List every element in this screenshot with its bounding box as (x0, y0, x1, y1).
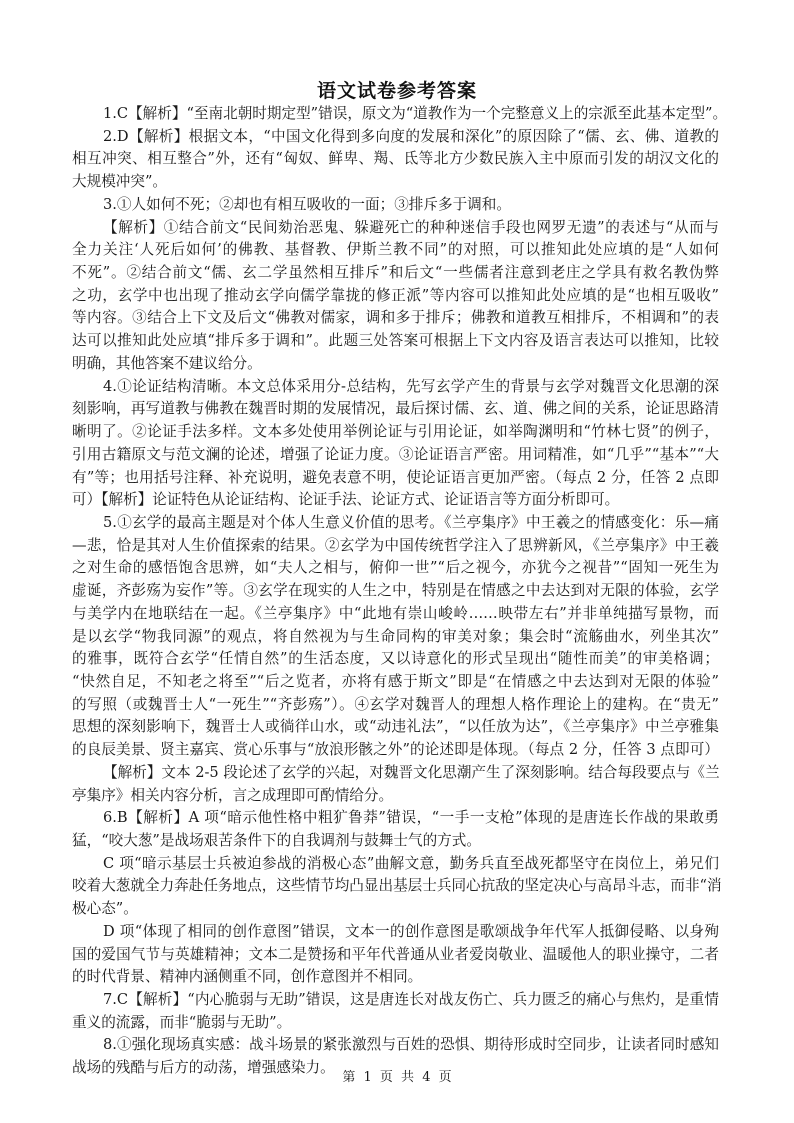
text-line: 达可以推知此处应填“排斥多于调和”。此题三处答案可根据上下文内容及语言表达可以推… (72, 330, 719, 353)
text-line: 重义的流露，而非“脆弱与无助”。 (72, 1012, 719, 1035)
text-line: 虚诞，齐彭殇为妄作”等。③玄学在现实的人生之中，特别是在情感之中去达到对无限的体… (72, 580, 719, 603)
text-line: D 项“体现了相同的创作意图”错误，文本一的创作意图是歌颂战争年代军人抵御侵略、… (72, 921, 719, 944)
text-line: 2.D【解析】根据文本，“中国文化得到多向度的发展和深化”的原因除了“儒、玄、佛… (72, 126, 719, 149)
text-line: 有”等；也用括号注释、补充说明，避免表意不明，使论证语言更加严密。（每点 2 分… (72, 467, 719, 490)
text-line: 是以玄学“物我同源”的观点，将自然视为与生命同构的审美对象；集会时“流觞曲水，列… (72, 626, 719, 649)
text-line: 不死”。②结合前文“儒、玄二学虽然相互排斥”和后文“一些儒者注意到老庄之学具有救… (72, 262, 719, 285)
answer-q4: 4.①论证结构清晰。本文总体采用分-总结构，先写玄学产生的背景与玄学对魏晋文化思… (72, 376, 719, 512)
text-line: 大规模冲突”。 (72, 171, 719, 194)
answer-q5-analysis: 【解析】文本 2-5 段论述了玄学的兴起，对魏晋文化思潮产生了深刻影响。结合每段… (72, 762, 719, 807)
text-line: 与美学内在地联结在一起。《兰亭集序》中“此地有崇山峻岭……映带左右”并非单纯描写… (72, 603, 719, 626)
text-line: —悲，恰是其对人生价值探索的结果。②玄学为中国传统哲学注入了思辨新风，《兰亭集序… (72, 535, 719, 558)
answer-q6-option-c: C 项“暗示基层士兵被迫参战的消极心态”曲解文意，勤务兵直至战死都坚守在岗位上，… (72, 853, 719, 921)
text-line: 亭集序》相关内容分析，言之成理即可酌情给分。 (72, 785, 719, 808)
text-line: 猛，“咬大葱”是战场艰苦条件下的自我调剂与鼓舞士气的方式。 (72, 830, 719, 853)
text-line: 刻影响，再写道教与佛教在魏晋时期的发展情况，最后探讨儒、玄、道、佛之间的关系，论… (72, 398, 719, 421)
text-line: 的良辰美景、贤主嘉宾、赏心乐事与“放浪形骸之外”的论述即是体现。（每点 2 分，… (72, 739, 719, 762)
text-line: 1.C【解析】“至南北朝时期定型”错误，原文为“道教作为一个完整意义上的宗派至此… (72, 103, 719, 126)
text-line: “快然自足，不知老之将至”“后之览者，亦将有感于斯文”即是“在情感之中去达到对无… (72, 671, 719, 694)
text-line: 3.①人如何不死；②却也有相互吸收的一面；③排斥多于调和。 (72, 194, 719, 217)
text-line: 晰明了。②论证手法多样。文本多处使用举例论证与引用论证，如举陶渊明和“竹林七贤”… (72, 421, 719, 444)
answer-key-body: 1.C【解析】“至南北朝时期定型”错误，原文为“道教作为一个完整意义上的宗派至此… (72, 103, 719, 1080)
text-line: 全力关注‘人死后如何’的佛教、基督教、伊斯兰教不同”的对照，可以推知此处应填的是… (72, 239, 719, 262)
answer-q1: 1.C【解析】“至南北朝时期定型”错误，原文为“道教作为一个完整意义上的宗派至此… (72, 103, 719, 126)
answer-q6: 6.B【解析】A 项“暗示他性格中粗犷鲁莽”错误，“一手一支枪”体现的是唐连长作… (72, 807, 719, 852)
text-line: 8.①强化现场真实感：战斗场景的紧张激烈与百姓的恐惧、期待形成时空同步，让读者同… (72, 1034, 719, 1057)
text-line: C 项“暗示基层士兵被迫参战的消极心态”曲解文意，勤务兵直至战死都坚守在岗位上，… (72, 853, 719, 876)
page-footer: 第 1 页 共 4 页 (0, 1069, 794, 1087)
text-line: 国的爱国气节与英雄精神；文本二是赞扬和平年代普通从业者爱岗敬业、温暖他人的职业操… (72, 944, 719, 967)
text-line: 的时代背景、精神内涵侧重不同，创作意图并不相同。 (72, 966, 719, 989)
text-line: 的雅事，既符合玄学“任情自然”的生活态度，又以诗意化的形式呈现出“随性而美”的审… (72, 648, 719, 671)
text-line: 7.C【解析】“内心脆弱与无助”错误，这是唐连长对战友伤亡、兵力匮乏的痛心与焦灼… (72, 989, 719, 1012)
answer-q7: 7.C【解析】“内心脆弱与无助”错误，这是唐连长对战友伤亡、兵力匮乏的痛心与焦灼… (72, 989, 719, 1034)
page-title: 语文试卷参考答案 (0, 79, 794, 103)
text-line: 4.①论证结构清晰。本文总体采用分-总结构，先写玄学产生的背景与玄学对魏晋文化思… (72, 376, 719, 399)
text-line: 6.B【解析】A 项“暗示他性格中粗犷鲁莽”错误，“一手一支枪”体现的是唐连长作… (72, 807, 719, 830)
text-line: 相互冲突、相互整合”外，还有“匈奴、鲜卑、羯、氐等北方少数民族入主中原而引发的胡… (72, 148, 719, 171)
text-line: 可）【解析】论证特色从论证结构、论证手法、论证方式、论证语言等方面分析即可。 (72, 489, 719, 512)
text-line: 5.①玄学的最高主题是对个体人生意义价值的思考。《兰亭集序》中王羲之的情感变化：… (72, 512, 719, 535)
text-line: 明确，其他答案不建议给分。 (72, 353, 719, 376)
answer-q2: 2.D【解析】根据文本，“中国文化得到多向度的发展和深化”的原因除了“儒、玄、佛… (72, 126, 719, 194)
answer-q3-analysis: 【解析】①结合前文“民间劾治恶鬼、躲避死亡的种种迷信手段也网罗无遗”的表述与“从… (72, 217, 719, 376)
answer-q6-option-d: D 项“体现了相同的创作意图”错误，文本一的创作意图是歌颂战争年代军人抵御侵略、… (72, 921, 719, 989)
text-line: 【解析】文本 2-5 段论述了玄学的兴起，对魏晋文化思潮产生了深刻影响。结合每段… (72, 762, 719, 785)
text-line: 等内容。③结合上下文及后文“佛教对儒家，调和多于排斥；佛教和道教互相排斥，不相调… (72, 307, 719, 330)
answer-q3: 3.①人如何不死；②却也有相互吸收的一面；③排斥多于调和。 (72, 194, 719, 217)
answer-q5: 5.①玄学的最高主题是对个体人生意义价值的思考。《兰亭集序》中王羲之的情感变化：… (72, 512, 719, 762)
text-line: 极心态”。 (72, 898, 719, 921)
text-line: 的写照（或魏晋士人“一死生”“齐彭殇”）。④玄学对魏晋人的理想人格作理论上的建构… (72, 694, 719, 717)
text-line: 思想的深刻影响下，魏晋士人或徜徉山水，或“动违礼法”，“以任放为达”，《兰亭集序… (72, 716, 719, 739)
text-line: 之功，玄学中也出现了推动玄学向儒学靠拢的修正派”等内容可以推知此处应填的是“也相… (72, 285, 719, 308)
document-page: 语文试卷参考答案 1.C【解析】“至南北朝时期定型”错误，原文为“道教作为一个完… (0, 0, 794, 1123)
text-line: 之对生命的感悟饱含思辨，如“夫人之相与，俯仰一世”“后之视今，亦犹今之视昔”“固… (72, 557, 719, 580)
text-line: 咬着大葱就全力奔赴任务地点，这些情节均凸显出基层士兵同心抗敌的坚定决心与高昂斗志… (72, 875, 719, 898)
text-line: 引用古籍原文与范文澜的论述，增强了论证力度。③论证语言严密。用词精准，如“几乎”… (72, 444, 719, 467)
text-line: 【解析】①结合前文“民间劾治恶鬼、躲避死亡的种种迷信手段也网罗无遗”的表述与“从… (72, 217, 719, 240)
